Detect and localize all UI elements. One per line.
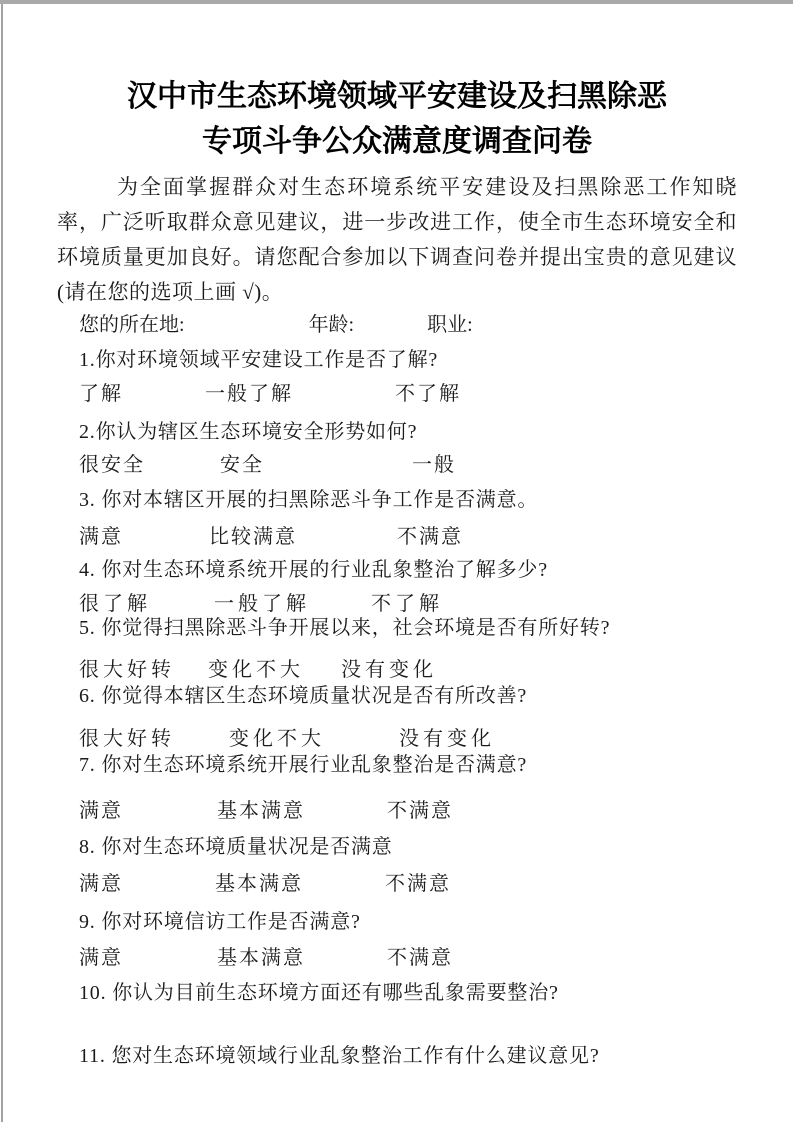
option-label: 比较满意 xyxy=(209,526,297,549)
question-text: 4. 你对生态环境系统开展的行业乱象整治了解多少? xyxy=(57,559,737,582)
option-label: 很安全 xyxy=(79,454,145,477)
options-row: 满意基本满意不满意 xyxy=(57,873,737,896)
option-label: 不满意 xyxy=(397,526,463,549)
doc-title: 汉中市生态环境领域平安建设及扫黑除恶 专项斗争公众满意度调查问卷 xyxy=(57,74,737,164)
option-label: 不了解 xyxy=(371,593,443,616)
option-label: 基本满意 xyxy=(217,800,305,823)
location-label: 您的所在地: xyxy=(79,314,185,336)
option-label: 不满意 xyxy=(387,947,453,970)
option-label: 很了解 xyxy=(79,593,151,616)
question-text: 11. 您对生态环境领域行业乱象整治工作有什么建议意见? xyxy=(57,1045,737,1068)
intro-paragraph: 为全面掌握群众对生态环境系统平安建设及扫黑除恶工作知晓率，广泛听取群众意见建议，… xyxy=(57,170,737,310)
option-label: 了解 xyxy=(79,383,123,406)
document-content: 汉中市生态环境领域平安建设及扫黑除恶 专项斗争公众满意度调查问卷 为全面掌握群众… xyxy=(0,0,793,1068)
option-label: 变化不大 xyxy=(208,659,304,682)
question-text: 9. 你对环境信访工作是否满意? xyxy=(57,911,737,934)
option-label: 一般了解 xyxy=(205,383,293,406)
option-label: 一般了解 xyxy=(214,593,310,616)
occupation-label: 职业: xyxy=(427,314,473,336)
document-page: 汉中市生态环境领域平安建设及扫黑除恶 专项斗争公众满意度调查问卷 为全面掌握群众… xyxy=(0,0,793,1122)
option-label: 满意 xyxy=(79,526,123,549)
age-label: 年龄: xyxy=(309,314,355,336)
options-row: 满意基本满意不满意 xyxy=(57,947,737,970)
question-text: 10. 你认为目前生态环境方面还有哪些乱象需要整治? xyxy=(57,982,737,1005)
option-label: 满意 xyxy=(79,947,123,970)
options-row: 很安全安全一般 xyxy=(57,454,737,477)
option-label: 没有变化 xyxy=(341,659,437,682)
option-label: 满意 xyxy=(79,873,123,896)
option-label: 安全 xyxy=(220,454,264,477)
question-text: 7. 你对生态环境系统开展行业乱象整治是否满意? xyxy=(57,754,737,777)
option-label: 基本满意 xyxy=(217,947,305,970)
option-label: 不满意 xyxy=(387,800,453,823)
options-row: 满意基本满意不满意 xyxy=(57,800,737,823)
options-row: 满意比较满意不满意 xyxy=(57,526,737,549)
respondent-fields: 您的所在地:年龄:职业: xyxy=(57,314,737,337)
options-row: 了解一般了解不了解 xyxy=(57,383,737,406)
question-text: 6. 你觉得本辖区生态环境质量状况是否有所改善? xyxy=(57,685,737,708)
doc-title-line2: 专项斗争公众满意度调查问卷 xyxy=(57,119,737,164)
option-label: 很大好转 xyxy=(79,659,175,682)
option-label: 一般 xyxy=(412,454,456,477)
option-label: 满意 xyxy=(79,800,123,823)
option-label: 基本满意 xyxy=(215,873,303,896)
doc-title-line1: 汉中市生态环境领域平安建设及扫黑除恶 xyxy=(57,74,737,119)
option-label: 没有变化 xyxy=(399,728,495,751)
option-label: 变化不大 xyxy=(229,728,325,751)
options-row: 很大好转变化不大没有变化 xyxy=(57,659,737,682)
options-row: 很了解一般了解不了解 xyxy=(57,593,737,616)
option-label: 很大好转 xyxy=(79,728,175,751)
option-label: 不满意 xyxy=(385,873,451,896)
options-row: 很大好转变化不大没有变化 xyxy=(57,728,737,751)
question-text: 1.你对环境领域平安建设工作是否了解? xyxy=(57,349,737,372)
question-text: 5. 你觉得扫黑除恶斗争开展以来，社会环境是否有所好转? xyxy=(57,617,737,640)
question-text: 8. 你对生态环境质量状况是否满意 xyxy=(57,836,737,859)
option-label: 不了解 xyxy=(395,383,461,406)
question-text: 2.你认为辖区生态环境安全形势如何? xyxy=(57,421,737,444)
question-text: 3. 你对本辖区开展的扫黑除恶斗争工作是否满意。 xyxy=(57,489,737,512)
